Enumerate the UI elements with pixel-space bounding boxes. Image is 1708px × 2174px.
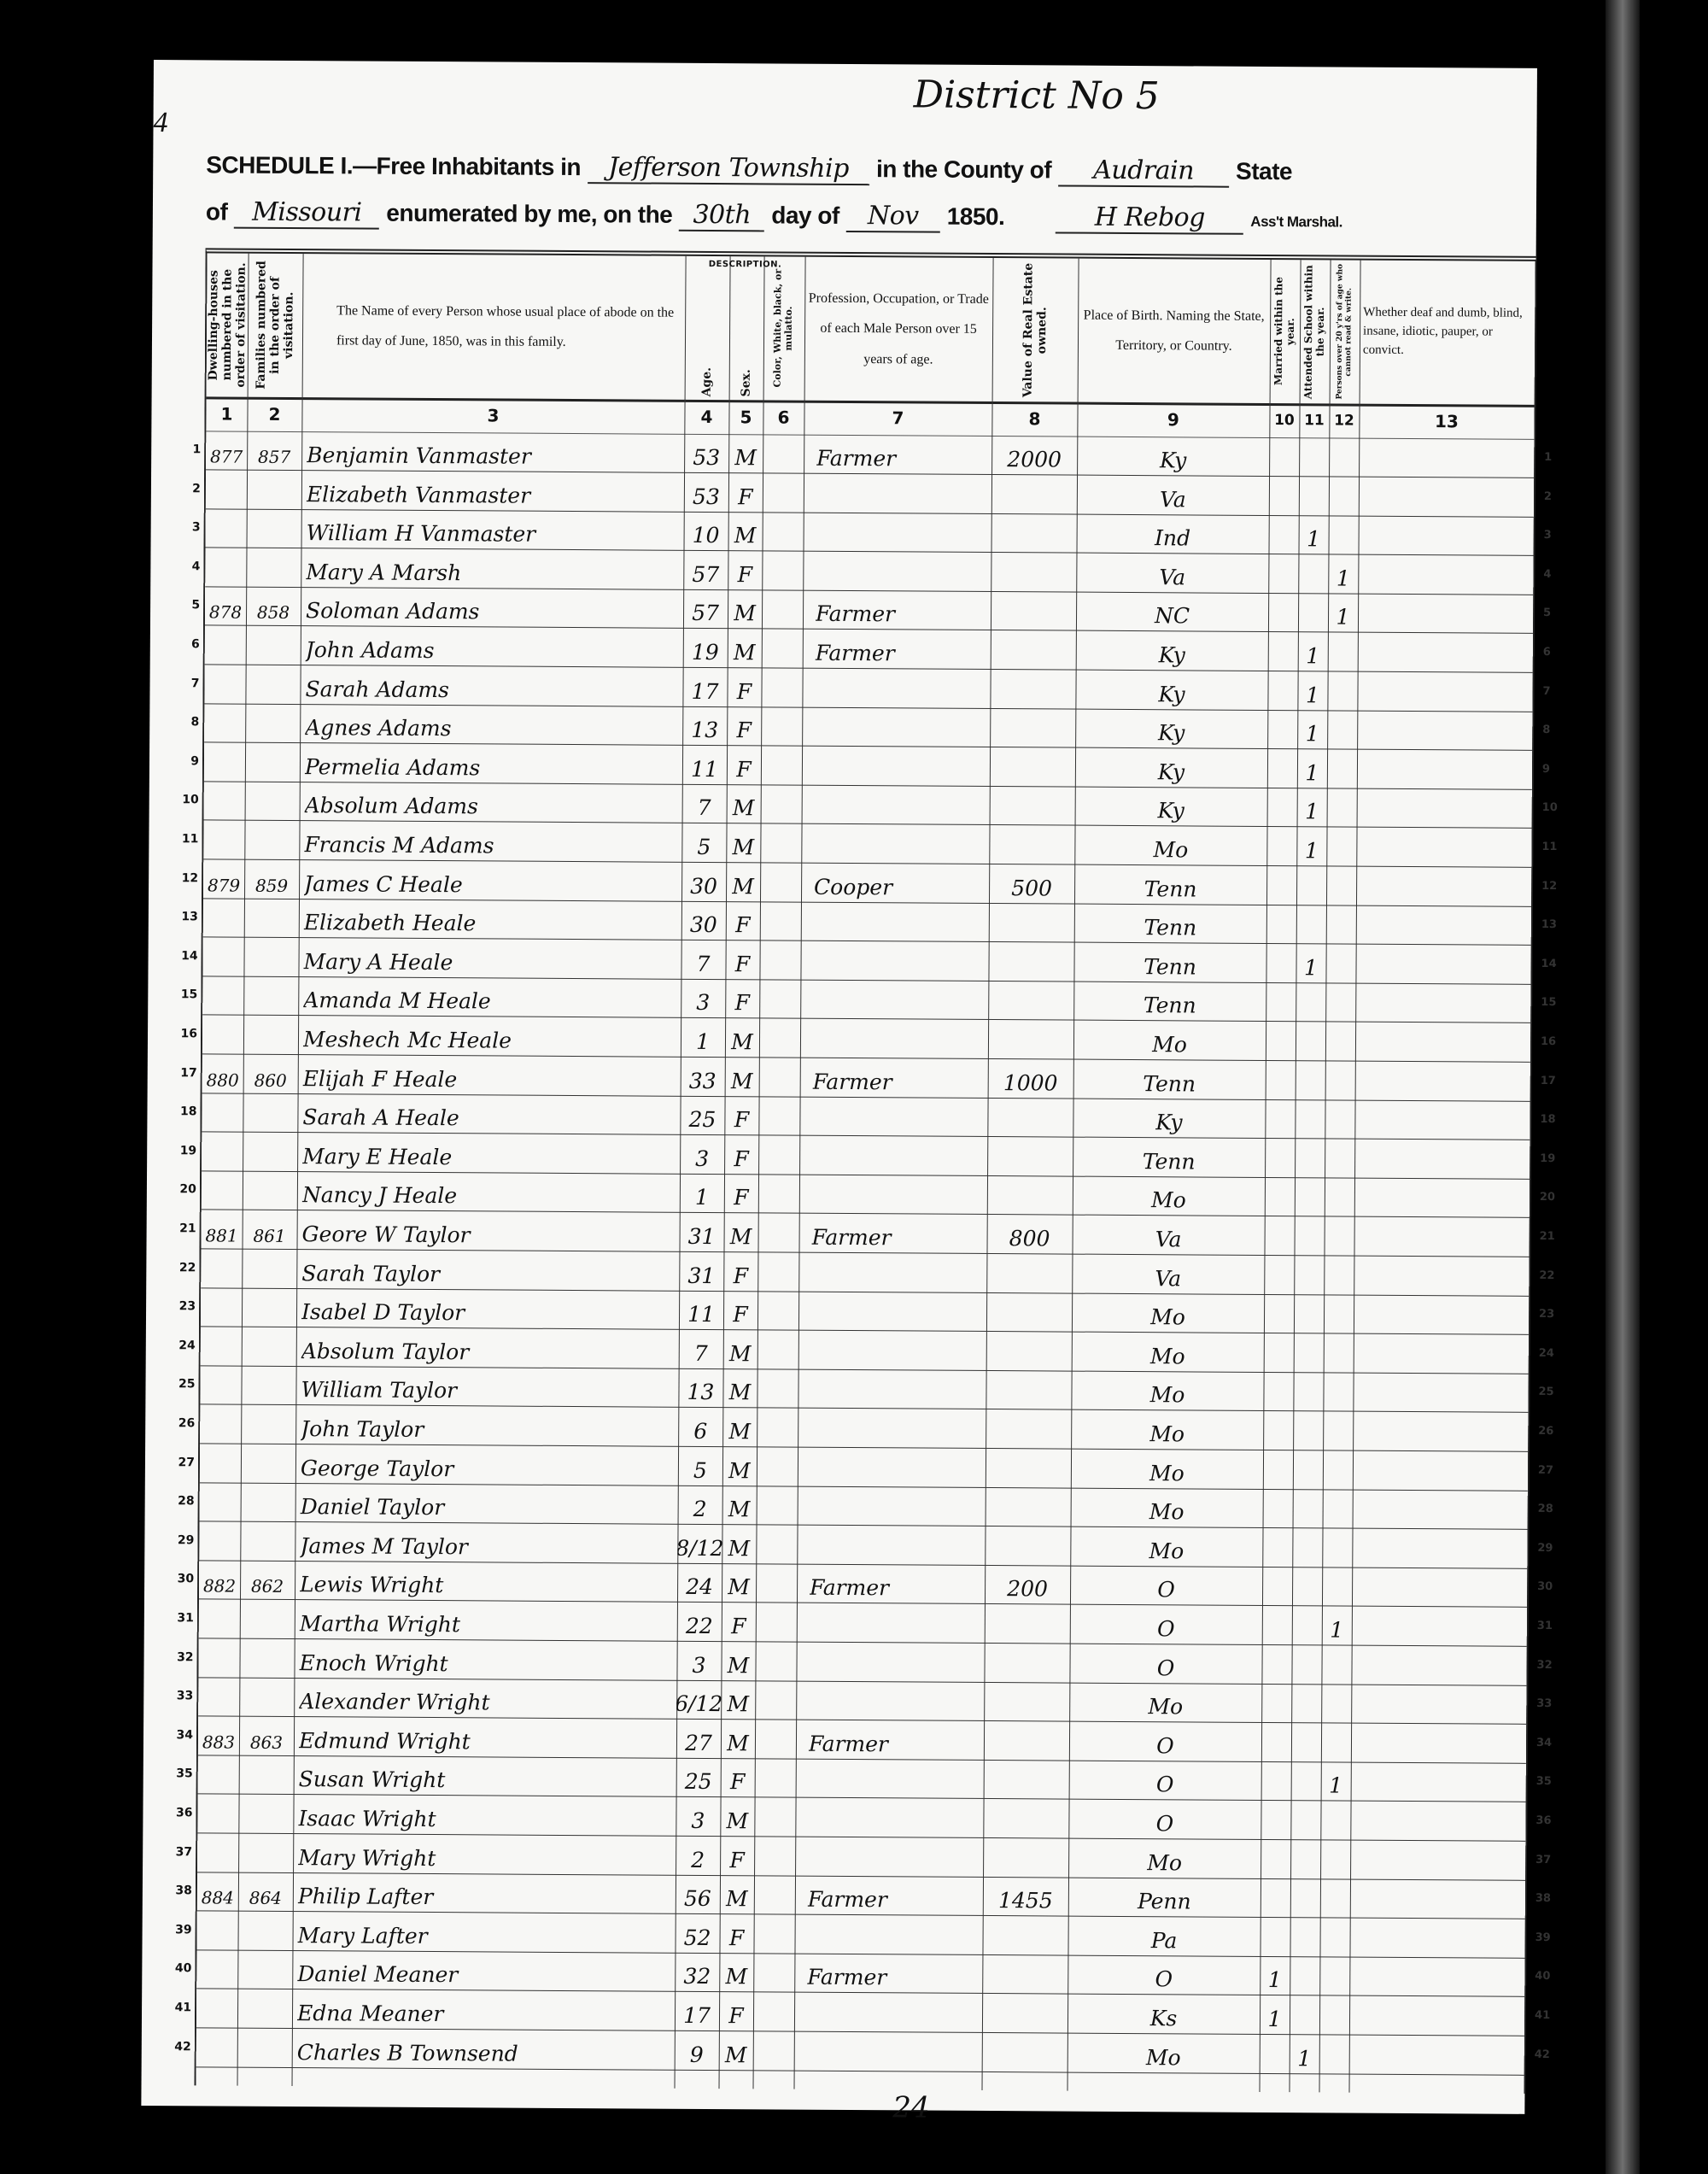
person-name: Benjamin Vanmaster (307, 431, 682, 472)
right-line-number: 31 (1537, 1620, 1563, 1632)
birthplace: O (1069, 1721, 1261, 1761)
married-mark (1267, 671, 1297, 710)
sex: M (722, 1408, 757, 1446)
census-table: Dwelling-houses numbered in the order of… (195, 248, 1537, 2093)
school-mark (1290, 1878, 1320, 1917)
school-mark (1290, 1801, 1320, 1839)
line-number: 32 (168, 1650, 194, 1664)
age: 17 (675, 1992, 719, 2030)
sex: F (725, 941, 759, 979)
birthplace: Ky (1073, 1099, 1265, 1138)
sex: M (721, 1680, 755, 1719)
person-name: Elijah F Heale (303, 1055, 679, 1096)
year-label: 1850. (947, 203, 1005, 231)
married-mark (1261, 1645, 1291, 1684)
illiterate-mark (1325, 1178, 1354, 1216)
school-mark (1298, 594, 1328, 632)
school-mark: 1 (1297, 788, 1327, 827)
illiterate-mark: 1 (1321, 1762, 1351, 1801)
right-line-number: 18 (1540, 1113, 1565, 1126)
school-mark (1298, 554, 1328, 593)
township-field: Jefferson Township (588, 152, 869, 185)
married-mark (1269, 477, 1299, 515)
age: 24 (677, 1563, 722, 1602)
person-name: Daniel Taylor (301, 1483, 676, 1524)
line-number: 30 (168, 1573, 194, 1586)
right-line-number: 29 (1537, 1542, 1563, 1555)
illiterate-mark (1319, 1995, 1349, 2034)
dwelling-number (201, 1327, 242, 1365)
school-mark: 1 (1290, 2035, 1319, 2073)
right-line-number: 33 (1536, 1697, 1562, 1710)
family-number (243, 1171, 297, 1210)
occupation (809, 1642, 980, 1681)
col-num-5: 5 (728, 400, 763, 434)
occupation (811, 1252, 982, 1292)
family-number (239, 1755, 294, 1794)
line-number: 36 (167, 1806, 192, 1819)
age: 3 (681, 979, 725, 1017)
month-field: Nov (846, 201, 940, 233)
illiterate-mark (1326, 827, 1356, 865)
of-label: of (206, 198, 228, 226)
real-estate-value (984, 1721, 1069, 1761)
real-estate-value (986, 1332, 1072, 1371)
birthplace: Va (1072, 1254, 1264, 1293)
married-mark (1267, 749, 1297, 788)
dwelling-number (197, 1794, 238, 1832)
header-sex: Sex. (729, 256, 764, 400)
real-estate-value (988, 1020, 1073, 1059)
married-mark (1267, 710, 1297, 748)
age: 30 (681, 901, 726, 940)
color (762, 629, 803, 667)
color (754, 1797, 795, 1836)
married-mark (1262, 1606, 1292, 1644)
right-line-number: 23 (1539, 1308, 1565, 1321)
person-name: Enoch Wright (299, 1639, 675, 1680)
school-mark (1293, 1411, 1323, 1450)
person-name: Daniel Meaner (297, 1950, 673, 1991)
birthplace: Mo (1071, 1449, 1263, 1488)
family-number (243, 976, 298, 1015)
right-line-number: 26 (1538, 1425, 1564, 1438)
school-mark (1295, 1099, 1325, 1138)
family-number (237, 1950, 292, 1989)
school-mark (1290, 1995, 1319, 2034)
illiterate-mark (1325, 1100, 1354, 1139)
birthplace: Pa (1067, 1916, 1260, 1955)
married-mark (1263, 1489, 1293, 1527)
right-line-number: 30 (1537, 1580, 1563, 1593)
illiterate-mark (1321, 1685, 1351, 1723)
real-estate-value: 1000 (988, 1059, 1073, 1099)
age: 57 (683, 589, 728, 628)
occupation: Farmer (816, 435, 987, 474)
illiterate-mark (1329, 477, 1359, 515)
person-name: George Taylor (301, 1444, 676, 1485)
age: 52 (675, 1914, 719, 1953)
line-number: 28 (169, 1494, 195, 1508)
color (756, 1603, 797, 1641)
age: 8/12 (677, 1525, 722, 1563)
birthplace: Va (1072, 1216, 1264, 1255)
dwelling-number (204, 704, 245, 742)
family-number (240, 1600, 295, 1638)
color (757, 1486, 798, 1525)
color (755, 1759, 796, 1797)
occupation: Farmer (809, 1720, 980, 1760)
age: 22 (677, 1603, 722, 1641)
dwelling-number (202, 976, 243, 1015)
birthplace: Mo (1070, 1526, 1262, 1566)
sex: M (728, 434, 763, 472)
real-estate-value (982, 2033, 1067, 2072)
line-number: 35 (167, 1767, 193, 1781)
sex: F (727, 746, 761, 784)
married-mark (1263, 1372, 1293, 1410)
real-estate-value: 200 (985, 1565, 1070, 1604)
dwelling-number: 879 (203, 859, 244, 898)
family-number (241, 1444, 295, 1482)
age: 27 (676, 1720, 721, 1758)
married-mark (1262, 1528, 1292, 1567)
line-number: 39 (167, 1923, 192, 1937)
sex: F (723, 1291, 757, 1329)
occupation (815, 668, 986, 707)
illiterate-mark (1325, 1139, 1354, 1177)
real-estate-value (991, 553, 1076, 592)
color (763, 434, 804, 472)
person-name: Isabel D Taylor (301, 1288, 677, 1329)
right-line-number: 5 (1543, 606, 1569, 619)
occupation: Farmer (807, 1954, 978, 1993)
dwelling-number (202, 937, 243, 976)
school-mark: 1 (1298, 515, 1328, 554)
school-mark (1294, 1216, 1324, 1255)
married-mark: 1 (1260, 1995, 1290, 2034)
occupation (812, 1097, 983, 1136)
family-number: 862 (240, 1561, 295, 1599)
illiterate-mark (1327, 749, 1357, 788)
occupation (813, 941, 984, 981)
birthplace: Mo (1071, 1371, 1263, 1410)
family-number: 861 (243, 1210, 297, 1249)
illiterate-mark (1324, 1216, 1354, 1255)
occupation (810, 1486, 981, 1526)
illiterate-mark (1327, 788, 1357, 827)
person-name: Mary Lafter (297, 1912, 673, 1953)
real-estate-value (991, 513, 1076, 553)
marshal-label: Ass't Marshal. (1250, 214, 1342, 231)
married-mark (1268, 632, 1298, 671)
schedule-header-line-1: SCHEDULE I.—Free Inhabitants in Jefferso… (206, 149, 1534, 189)
person-name: William Taylor (301, 1366, 676, 1407)
right-line-number: 24 (1539, 1347, 1565, 1360)
sex: F (724, 1135, 758, 1174)
person-name: Martha Wright (300, 1600, 676, 1641)
line-number: 6 (174, 637, 200, 651)
dwelling-number (205, 548, 246, 586)
sex: F (724, 1096, 758, 1134)
sex: F (728, 551, 762, 589)
sex: M (722, 1447, 757, 1485)
page-edge-shadow (1606, 0, 1640, 2174)
illiterate-mark (1323, 1490, 1353, 1528)
right-line-number: 36 (1535, 1814, 1561, 1827)
color (759, 1018, 800, 1057)
dwelling-number (204, 782, 245, 820)
married-mark (1261, 1840, 1290, 1878)
person-name: Philip Lafter (298, 1872, 674, 1913)
person-name: Geore W Taylor (301, 1210, 677, 1251)
illiterate-mark (1324, 1333, 1354, 1372)
sex: M (720, 1797, 754, 1836)
married-mark (1266, 866, 1296, 905)
age: 5 (681, 823, 726, 862)
header-birthplace: Place of Birth. Naming the State, Territ… (1078, 259, 1271, 403)
birthplace: Mo (1073, 1176, 1265, 1216)
illiterate-mark (1319, 2035, 1349, 2073)
occupation (811, 1331, 982, 1370)
married-mark (1261, 1761, 1291, 1800)
illiterate-mark (1320, 1840, 1350, 1878)
illiterate-mark (1325, 944, 1355, 982)
age: 56 (676, 1875, 720, 1913)
illiterate-mark (1319, 1918, 1349, 1956)
dwelling-number (196, 2028, 237, 2066)
occupation (815, 707, 986, 747)
dwelling-number (198, 1678, 239, 1716)
person-name: Absolum Taylor (301, 1327, 677, 1368)
sex: M (722, 1368, 757, 1407)
sex: F (728, 473, 763, 512)
color (754, 1876, 795, 1914)
dwelling-number: 881 (202, 1210, 243, 1248)
illiterate-mark (1327, 671, 1357, 710)
occupation (811, 1292, 982, 1331)
occupation (810, 1526, 980, 1565)
family-number: 858 (246, 587, 301, 625)
line-number: 24 (170, 1339, 196, 1352)
real-estate-value (988, 942, 1073, 982)
married-mark (1264, 1216, 1294, 1255)
school-mark (1292, 1568, 1322, 1606)
occupation (815, 747, 986, 786)
school-mark (1292, 1528, 1322, 1567)
real-estate-value (989, 903, 1074, 942)
dwelling-number: 884 (197, 1872, 238, 1911)
occupation (814, 824, 985, 864)
age: 7 (681, 941, 725, 979)
real-estate-value (986, 1370, 1071, 1409)
family-number: 864 (238, 1872, 293, 1911)
person-name: Charles B Townsend (297, 2029, 673, 2070)
census-page: 4 District No 5 SCHEDULE I.—Free Inhabit… (141, 60, 1537, 2114)
school-mark (1294, 1294, 1324, 1333)
right-line-number: 12 (1541, 880, 1567, 893)
birthplace: Tenn (1073, 942, 1266, 982)
age: 7 (679, 1330, 723, 1368)
sex: M (728, 629, 762, 667)
right-line-number: 9 (1542, 763, 1568, 776)
age: 13 (678, 1368, 722, 1407)
color (753, 1954, 794, 1992)
birthplace: Mo (1067, 2033, 1260, 2072)
right-line-number: 8 (1542, 724, 1568, 736)
line-number: 16 (172, 1027, 197, 1040)
real-estate-value (986, 1292, 1072, 1332)
birthplace: Ky (1077, 437, 1269, 476)
occupation (814, 902, 985, 941)
dwelling-number: 877 (206, 431, 247, 469)
person-name: Soloman Adams (306, 587, 681, 628)
real-estate-value (990, 786, 1075, 825)
age: 6/12 (676, 1680, 721, 1719)
real-estate-value (987, 1137, 1073, 1176)
school-mark: 1 (1296, 944, 1325, 982)
birthplace: Va (1077, 475, 1269, 514)
line-number: 3 (175, 520, 201, 534)
sex: M (721, 1642, 755, 1680)
color (761, 746, 802, 784)
header-name: The Name of every Person whose usual pla… (302, 254, 686, 400)
family-number (238, 1833, 293, 1872)
occupation (807, 2031, 978, 2071)
occupation (812, 1175, 983, 1214)
family-number (245, 665, 300, 703)
line-number: 8 (173, 715, 199, 729)
col-num-2: 2 (247, 397, 301, 431)
right-line-number: 6 (1543, 646, 1569, 659)
real-estate-value (985, 1526, 1070, 1566)
family-number (241, 1405, 295, 1444)
right-line-number: 25 (1538, 1386, 1564, 1398)
person-name: Permelia Adams (305, 743, 681, 784)
illiterate-mark (1325, 1022, 1355, 1060)
person-name: Meshech Mc Heale (303, 1016, 679, 1057)
birthplace: Mo (1071, 1410, 1263, 1450)
age: 25 (676, 1758, 721, 1796)
illiterate-mark: 1 (1322, 1606, 1352, 1644)
line-number: 7 (173, 677, 199, 690)
line-number: 1 (175, 442, 201, 456)
illiterate-mark (1320, 1801, 1350, 1839)
family-number (247, 509, 301, 548)
right-line-number: 13 (1541, 918, 1567, 931)
birthplace: Ind (1076, 514, 1268, 554)
line-number: 18 (171, 1105, 196, 1118)
illiterate-mark (1319, 1957, 1349, 1995)
married-mark (1262, 1567, 1292, 1605)
sex: M (719, 2031, 753, 2070)
line-number: 12 (173, 871, 198, 885)
color (760, 823, 801, 862)
col-num-4: 4 (684, 400, 728, 434)
occupation: Cooper (814, 863, 985, 902)
age: 31 (679, 1213, 723, 1251)
age: 13 (682, 706, 727, 745)
birthplace: Tenn (1074, 864, 1266, 904)
sex: M (725, 1018, 759, 1057)
illiterate-mark (1322, 1528, 1352, 1567)
color (753, 1914, 794, 1953)
color (763, 473, 804, 512)
married-mark (1266, 1061, 1296, 1099)
dwelling-number (203, 899, 244, 937)
color (757, 1330, 798, 1368)
married-mark (1260, 2035, 1290, 2073)
sex: M (722, 1525, 756, 1563)
illiterate-mark (1325, 1061, 1355, 1099)
right-line-number: 32 (1537, 1659, 1563, 1672)
school-mark (1299, 477, 1329, 515)
right-line-number: 21 (1540, 1230, 1565, 1243)
dwelling-number (203, 820, 244, 858)
color (754, 1837, 795, 1875)
person-name: Mary E Heale (302, 1133, 678, 1174)
illiterate-mark: 1 (1328, 554, 1358, 593)
right-line-number: 3 (1544, 529, 1570, 542)
line-number: 40 (166, 1962, 191, 1976)
school-mark (1291, 1762, 1321, 1801)
person-name: Sarah Taylor (301, 1250, 677, 1291)
age: 11 (679, 1291, 723, 1329)
header-family: Families numbered in the order of visita… (248, 254, 303, 397)
line-number: 11 (173, 832, 198, 846)
age: 19 (683, 629, 728, 667)
right-line-number: 27 (1538, 1464, 1564, 1477)
birthplace: NC (1076, 592, 1268, 631)
person-name: William H Vanmaster (307, 509, 682, 550)
age: 57 (683, 551, 728, 589)
married-mark (1268, 515, 1298, 554)
school-mark: 1 (1296, 827, 1326, 865)
school-mark (1290, 1840, 1320, 1878)
line-number: 2 (175, 482, 201, 495)
color (757, 1213, 798, 1251)
sex: M (720, 1875, 754, 1913)
occupation: Farmer (810, 1564, 980, 1603)
person-name: Lewis Wright (300, 1561, 676, 1602)
right-line-number: 34 (1536, 1737, 1562, 1749)
married-mark (1265, 1177, 1295, 1216)
birthplace: O (1068, 1800, 1261, 1839)
birthplace: Mo (1068, 1838, 1261, 1878)
married-mark (1266, 944, 1296, 982)
real-estate-value (991, 475, 1077, 514)
family-number (242, 1249, 296, 1287)
color (762, 590, 803, 629)
age: 17 (682, 667, 727, 706)
real-estate-value (982, 1916, 1067, 1955)
school-mark (1296, 1022, 1325, 1060)
family-number (242, 1288, 296, 1327)
county-field: Audrain (1058, 155, 1229, 187)
sex: M (728, 512, 763, 550)
birthplace: Mo (1071, 1488, 1263, 1527)
age: 1 (681, 1018, 725, 1057)
birthplace: O (1069, 1644, 1261, 1683)
header-color: Color, White, black, or mulatto. (763, 256, 805, 400)
right-line-number: 15 (1541, 996, 1566, 1009)
person-name: Agnes Adams (305, 704, 681, 745)
birthplace: Va (1076, 553, 1268, 592)
age: 1 (680, 1174, 724, 1212)
illiterate-mark (1321, 1645, 1351, 1684)
line-number: 33 (167, 1689, 193, 1702)
sex: F (726, 901, 760, 940)
